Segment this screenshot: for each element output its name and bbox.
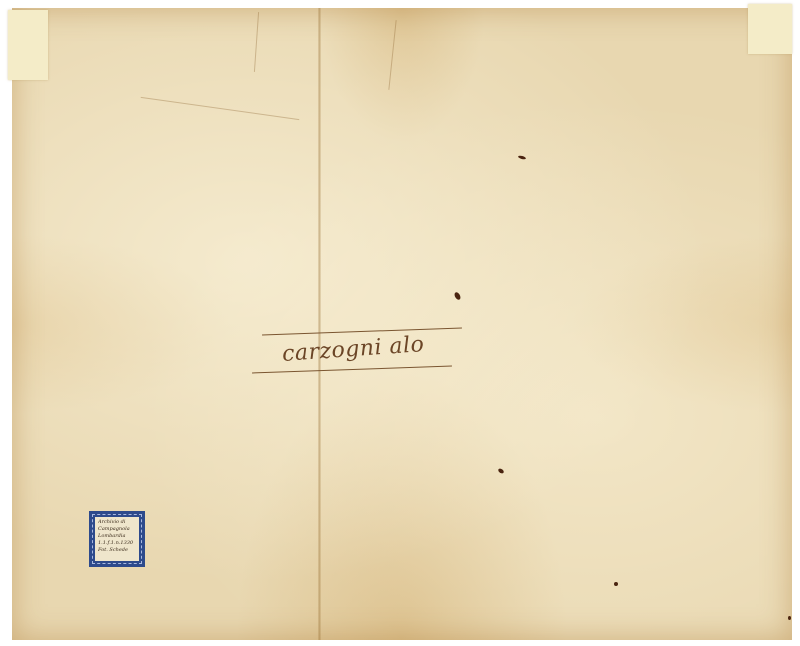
handwritten-inscription: carzogni alo [252,325,467,385]
ink-spot [788,616,791,620]
center-fold [318,8,321,640]
ruled-line-bottom [252,366,452,374]
label-border: Archivio di Campagnola Lombardia 1.1.f.1… [92,514,142,564]
label-line: Campagnola [98,526,136,533]
tape-top-right [748,4,792,54]
ruled-line-top [262,328,462,336]
label-line: Fot. Schede [98,547,136,554]
label-line: Lombardia [98,533,136,540]
label-line: 1.1.f.1.n.1330 [98,540,136,547]
label-line: Archivio di [98,519,136,526]
label-text-area: Archivio di Campagnola Lombardia 1.1.f.1… [95,517,139,561]
inscription-text: carzogni alo [281,332,425,367]
ink-spot [614,582,618,586]
collector-label: Archivio di Campagnola Lombardia 1.1.f.1… [89,511,145,567]
tape-top-left [8,10,48,80]
